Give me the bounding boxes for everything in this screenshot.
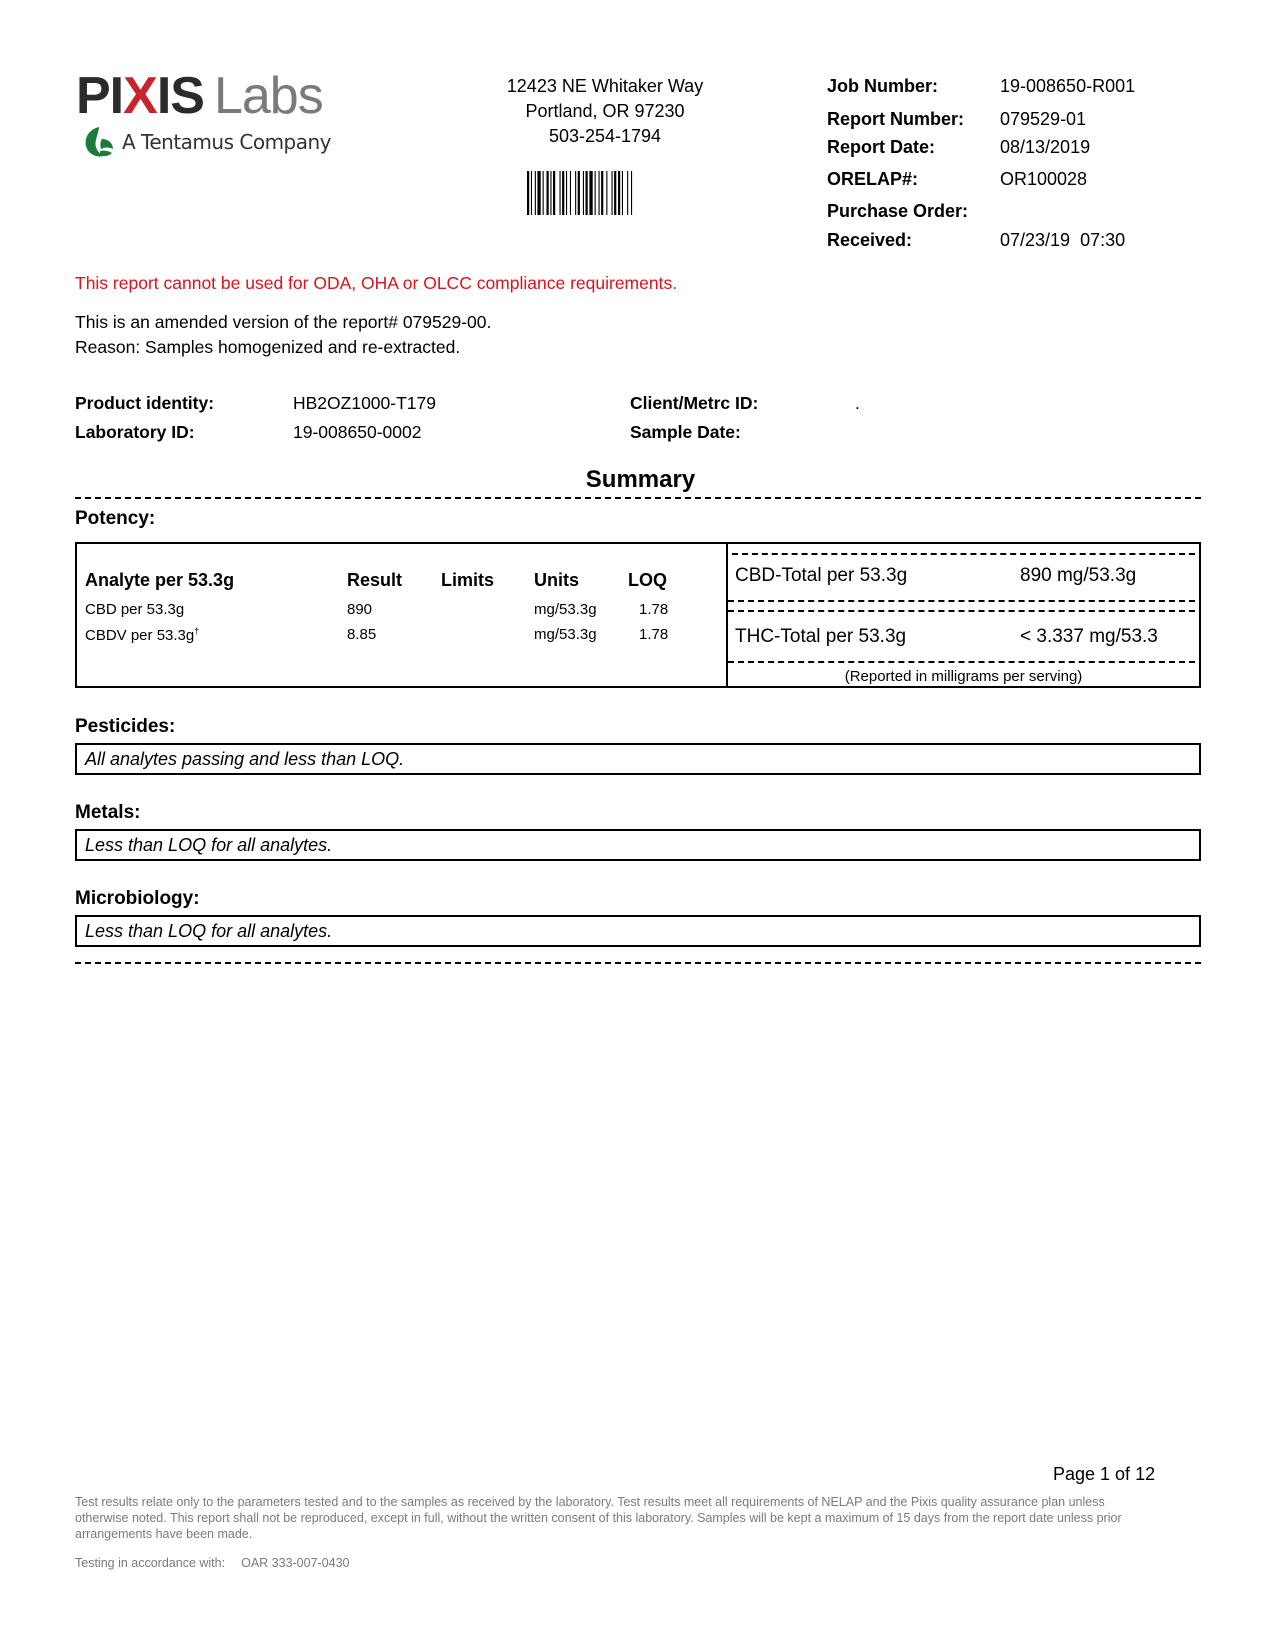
compliance-warning: This report cannot be used for ODA, OHA … xyxy=(75,273,677,294)
dashed-divider xyxy=(75,962,1201,964)
analyte-result: 890 xyxy=(347,601,372,618)
barcode-icon xyxy=(527,171,669,215)
logo-tagline-row: A Tentamus Company xyxy=(82,122,331,162)
analyte-name: CBD per 53.3g xyxy=(85,601,184,618)
potency-note: (Reported in milligrams per serving) xyxy=(728,668,1199,685)
testing-standard: Testing in accordance with:OAR 333-007-0… xyxy=(75,1556,350,1570)
dashed-divider xyxy=(728,610,1195,612)
received-value: 07/23/19 07:30 xyxy=(1000,230,1125,251)
orelap-value: OR100028 xyxy=(1000,169,1087,190)
logo-text-is: IS xyxy=(157,67,204,125)
report-date-value: 08/13/2019 xyxy=(1000,137,1090,158)
logo-text-labs: Labs xyxy=(214,67,323,125)
job-number-label: Job Number: xyxy=(827,76,938,97)
summary-title: Summary xyxy=(586,466,695,493)
potency-table: Analyte per 53.3g Result Limits Units LO… xyxy=(75,542,1201,688)
thc-total-value: < 3.337 mg/53.3 xyxy=(1020,626,1158,648)
report-date-label: Report Date: xyxy=(827,137,935,158)
address-phone: 503-254-1794 xyxy=(480,124,730,149)
column-header-result: Result xyxy=(347,570,402,591)
potency-totals: CBD-Total per 53.3g 890 mg/53.3g THC-Tot… xyxy=(728,544,1199,686)
summary-heading: Summary xyxy=(0,466,1275,494)
sample-date-label: Sample Date: xyxy=(630,422,741,443)
laboratory-id-value: 19-008650-0002 xyxy=(293,422,421,443)
logo-wordmark: PIXISLabs xyxy=(76,70,323,122)
testing-value: OAR 333-007-0430 xyxy=(241,1556,349,1570)
potency-label: Potency: xyxy=(75,508,155,530)
amendment-reason: Reason: Samples homogenized and re-extra… xyxy=(75,335,491,360)
analyte-loq: 1.78 xyxy=(639,626,668,643)
page-number: Page 1 of 12 xyxy=(1053,1464,1155,1485)
address-street: 12423 NE Whitaker Way xyxy=(480,74,730,99)
dashed-divider xyxy=(728,661,1195,663)
report-number-value: 079529-01 xyxy=(1000,109,1086,130)
analyte-loq: 1.78 xyxy=(639,601,668,618)
column-header-units: Units xyxy=(534,570,579,591)
product-identity-value: HB2OZ1000-T179 xyxy=(293,393,436,414)
purchase-order-label: Purchase Order: xyxy=(827,201,968,222)
laboratory-id-label: Laboratory ID: xyxy=(75,422,195,443)
column-header-analyte: Analyte per 53.3g xyxy=(85,570,234,591)
analyte-result: 8.85 xyxy=(347,626,376,643)
analyte-units: mg/53.3g xyxy=(534,601,597,618)
dashed-divider xyxy=(728,600,1195,602)
company-logo: PIXISLabs A Tentamus Company xyxy=(76,70,366,160)
logo-text-x: X xyxy=(123,67,157,125)
analyte-name: CBDV per 53.3g† xyxy=(85,626,199,644)
amendment-line: This is an amended version of the report… xyxy=(75,310,491,335)
client-metrc-id-value: . xyxy=(855,393,860,414)
column-header-limits: Limits xyxy=(441,570,494,591)
address-city: Portland, OR 97230 xyxy=(480,99,730,124)
metals-result: Less than LOQ for all analytes. xyxy=(75,829,1201,861)
analyte-name-text: CBDV per 53.3g xyxy=(85,627,194,644)
microbiology-result: Less than LOQ for all analytes. xyxy=(75,915,1201,947)
cbd-total-value: 890 mg/53.3g xyxy=(1020,565,1136,587)
report-number-label: Report Number: xyxy=(827,109,964,130)
column-header-loq: LOQ xyxy=(628,570,667,591)
pesticides-result: All analytes passing and less than LOQ. xyxy=(75,743,1201,775)
dashed-divider xyxy=(732,553,1195,555)
dashed-divider xyxy=(75,497,1201,499)
thc-total-label: THC-Total per 53.3g xyxy=(735,626,906,648)
footer-disclaimer: Test results relate only to the paramete… xyxy=(75,1494,1145,1542)
cbd-total-label: CBD-Total per 53.3g xyxy=(735,565,907,587)
job-number-value: 19-008650-R001 xyxy=(1000,76,1135,97)
lab-address: 12423 NE Whitaker Way Portland, OR 97230… xyxy=(480,74,730,149)
amendment-notice: This is an amended version of the report… xyxy=(75,310,491,360)
orelap-label: ORELAP#: xyxy=(827,169,918,190)
logo-tagline: A Tentamus Company xyxy=(122,130,331,154)
pesticides-label: Pesticides: xyxy=(75,716,175,738)
testing-label: Testing in accordance with: xyxy=(75,1556,225,1570)
received-label: Received: xyxy=(827,230,912,251)
potency-analytes: Analyte per 53.3g Result Limits Units LO… xyxy=(77,544,728,686)
metals-label: Metals: xyxy=(75,802,140,824)
analyte-units: mg/53.3g xyxy=(534,626,597,643)
product-identity-label: Product identity: xyxy=(75,393,214,414)
client-metrc-id-label: Client/Metrc ID: xyxy=(630,393,758,414)
footnote-marker: † xyxy=(194,626,199,636)
microbiology-label: Microbiology: xyxy=(75,888,200,910)
tentamus-leaf-icon xyxy=(82,125,116,159)
logo-text-pi: PI xyxy=(76,67,123,125)
